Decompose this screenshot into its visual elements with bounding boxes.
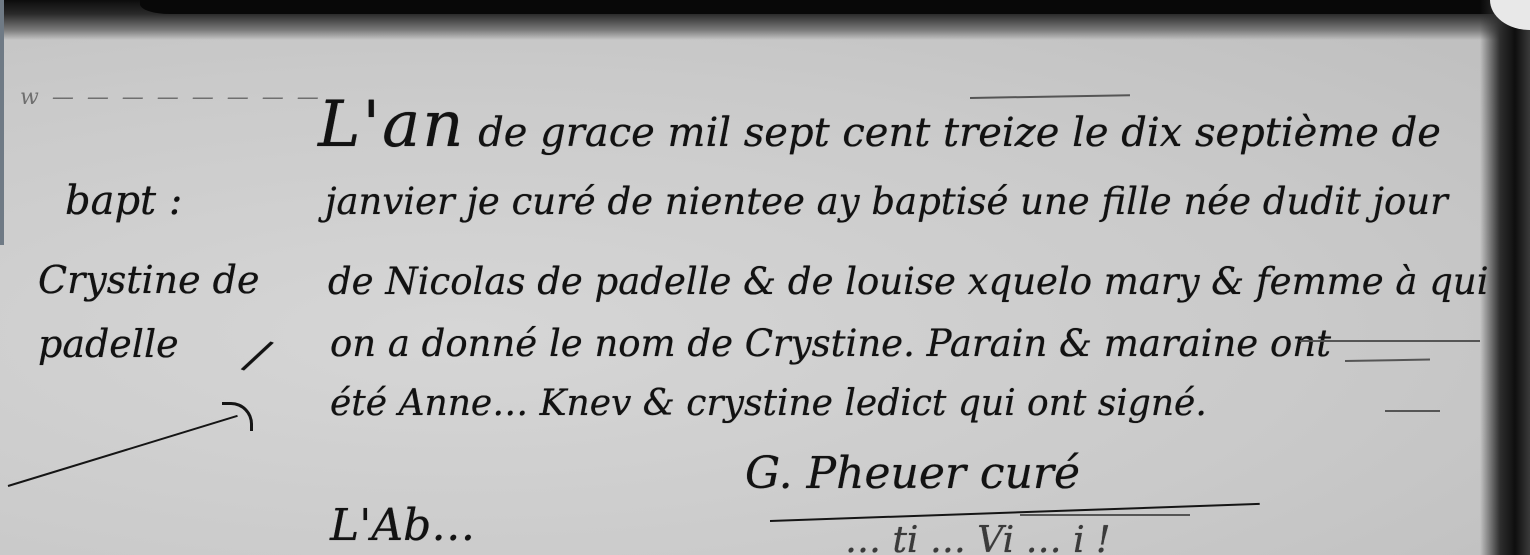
entry-line-0-text: de grace mil sept cent treize le dix sep… [478,110,1441,156]
scan-border [0,0,4,245]
top-shadow [140,0,1530,14]
second-signature: L'Ab… [330,500,475,551]
faded-header-text: w — — — — — — — — [20,85,322,110]
entry-line-0: L'an de grace mil sept cent treize le di… [318,88,1441,162]
line-filler-rule [1345,359,1430,362]
margin-note-bapt: bapt : [65,178,182,224]
margin-slash-mark: / [242,329,273,382]
line-filler-rule [1300,340,1480,342]
margin-flourish [8,415,238,487]
entry-initial: L'an [318,88,465,162]
margin-note-surname: padelle [38,322,179,366]
margin-note-name: Crystine de [38,258,260,302]
line-filler-rule [1385,410,1440,412]
register-page: w — — — — — — — — bapt : Crystine de pad… [0,0,1530,555]
cut-off-next-line: … ti … Vi … i ! [845,520,1111,555]
entry-line-3: on a donné le nom de Crystine. Parain & … [330,322,1331,365]
priest-signature: G. Pheuer curé [745,448,1080,499]
faded-previous-text: w — — — — — — — — [20,85,322,110]
entry-line-1: janvier je curé de nientee ay baptisé un… [325,180,1448,223]
margin-flourish-hook [222,402,253,431]
signature-underline-2 [1020,514,1190,516]
entry-line-4: été Anne… Knev & crystine ledict qui ont… [330,383,1207,424]
entry-line-2: de Nicolas de padelle & de louise xquelo… [328,260,1489,303]
